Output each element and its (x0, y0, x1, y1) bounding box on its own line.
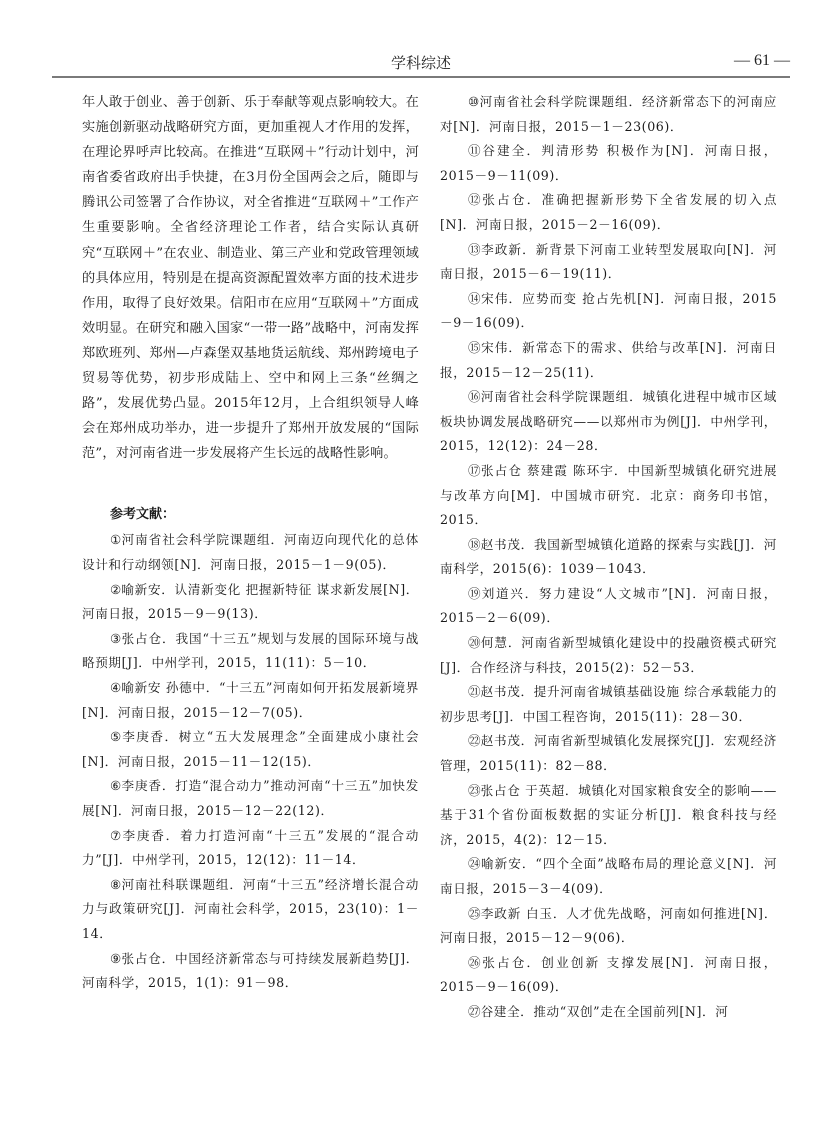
reference-number: ④ (110, 680, 121, 695)
references-heading: 参考文献： (82, 504, 419, 526)
reference-text: 李政新 白玉．人才优先战略，河南如何推进[N]．河南日报，2015－12－9(0… (440, 906, 777, 946)
reference-number: ⑮ (468, 340, 481, 355)
reference-text: 河南省社会科学院课题组．城镇化进程中城市区域板块协调发展战略研究——以郑州市为例… (440, 389, 777, 453)
reference-number: ⑨ (110, 951, 121, 966)
reference-item: ④喻新安 孙德中．“十三五”河南如何开拓发展新境界[N]．河南日报，2015－1… (82, 676, 419, 725)
reference-item: ⑪谷建全．判清形势 积极作为[N]．河南日报，2015－9－11(09)． (440, 139, 777, 188)
reference-number: ㉖ (468, 955, 482, 970)
running-header: 学科综述 — 61 — (52, 48, 790, 74)
reference-item: ⑬李政新．新背景下河南工业转型发展取向[N]．河南日报，2015－6－19(11… (440, 238, 777, 287)
reference-text: 张占仓．我国“十三五”规划与发展的国际环境与战略预期[J]．中州学刊，2015，… (82, 631, 419, 671)
reference-item: ②喻新安．认清新变化 把握新特征 谋求新发展[N]．河南日报，2015－9－9(… (82, 578, 419, 627)
header-divider (52, 76, 790, 78)
reference-text: 谷建全．判清形势 积极作为[N]．河南日报，2015－9－11(09)． (440, 143, 777, 183)
reference-number: ⑩ (468, 94, 480, 109)
reference-item: ㉕李政新 白玉．人才优先战略，河南如何推进[N]．河南日报，2015－12－9(… (440, 902, 777, 951)
reference-number: ③ (110, 631, 122, 646)
reference-number: ⑰ (468, 463, 481, 478)
reference-text: 李政新．新背景下河南工业转型发展取向[N]．河南日报，2015－6－19(11)… (440, 242, 777, 282)
reference-item: ⑮宋伟．新常态下的需求、供给与改革[N]．河南日报，2015－12－25(11)… (440, 336, 777, 385)
reference-item: ⑧河南社科联课题组．河南“十三五”经济增长混合动力与政策研究[J]．河南社会科学… (82, 873, 419, 947)
reference-text: 李庚香．树立“五大发展理念”全面建成小康社会[N]．河南日报，2015－11－1… (82, 729, 419, 769)
reference-number: ⑧ (110, 877, 122, 892)
reference-item: ⑱赵书茂．我国新型城镇化道路的探索与实践[J]．河南科学，2015(6)：103… (440, 533, 777, 582)
reference-number: ① (110, 532, 122, 547)
reference-item: ⑭宋伟．应势而变 抢占先机[N]．河南日报，2015－9－16(09)． (440, 287, 777, 336)
reference-number: ⑦ (110, 828, 122, 843)
reference-item: ㉓张占仓 于英超．城镇化对国家粮食安全的影响——基于31个省份面板数据的实证分析… (440, 779, 777, 853)
reference-number: ㉓ (468, 783, 481, 798)
reference-item: ⑫张占仓．准确把握新形势下全省发展的切入点[N]．河南日报，2015－2－16(… (440, 188, 777, 237)
reference-number: ㉑ (468, 684, 481, 699)
reference-number: ⑭ (468, 291, 481, 306)
reference-number: ⑫ (468, 192, 482, 207)
page-number: — 61 — (734, 52, 790, 70)
reference-text: 李庚香．打造“混合动力”推动河南“十三五”加快发展[N]．河南日报，2015－1… (82, 778, 419, 818)
reference-text: 张占仓 蔡建霞 陈环宇．中国新型城镇化研究进展与改革方向[M]．中国城市研究．北… (440, 463, 777, 527)
reference-number: ⑪ (468, 143, 482, 158)
reference-item: ⑳何慧．河南省新型城镇化建设中的投融资模式研究[J]．合作经济与科技，2015(… (440, 631, 777, 680)
reference-number: ② (110, 582, 121, 597)
reference-item: ⑩河南省社会科学院课题组．经济新常态下的河南应对[N]．河南日报，2015－1－… (440, 90, 777, 139)
reference-text: 河南省社会科学院课题组．经济新常态下的河南应对[N]．河南日报，2015－1－2… (440, 94, 777, 134)
reference-number: ㉒ (468, 733, 481, 748)
reference-text: 何慧．河南省新型城镇化建设中的投融资模式研究[J]．合作经济与科技，2015(2… (440, 635, 777, 675)
reference-item: ⑤李庚香．树立“五大发展理念”全面建成小康社会[N]．河南日报，2015－11－… (82, 725, 419, 774)
reference-text: 喻新安 孙德中．“十三五”河南如何开拓发展新境界[N]．河南日报，2015－12… (82, 680, 419, 720)
section-title: 学科综述 (52, 52, 790, 73)
reference-number: ⑬ (468, 242, 481, 257)
reference-text: 宋伟．新常态下的需求、供给与改革[N]．河南日报，2015－12－25(11)． (440, 340, 777, 380)
reference-item: ⑲刘道兴．努力建设“人文城市”[N]．河南日报，2015－2－6(09)． (440, 582, 777, 631)
reference-item: ㉗谷建全．推动“双创”走在全国前列[N]．河 (440, 1000, 777, 1025)
reference-text: 刘道兴．努力建设“人文城市”[N]．河南日报，2015－2－6(09)． (440, 586, 777, 626)
left-column: 年人敢于创业、善于创新、乐于奉献等观点影响较大。在实施创新驱动战略研究方面，更加… (82, 90, 419, 996)
reference-number: ㉔ (468, 856, 481, 871)
body-paragraph: 年人敢于创业、善于创新、乐于奉献等观点影响较大。在实施创新驱动战略研究方面，更加… (82, 90, 419, 466)
reference-text: 河南省社会科学院课题组．河南迈向现代化的总体设计和行动纲领[N]．河南日报，20… (82, 532, 419, 572)
reference-item: ⑥李庚香．打造“混合动力”推动河南“十三五”加快发展[N]．河南日报，2015－… (82, 774, 419, 823)
reference-item: ㉒赵书茂．河南省新型城镇化发展探究[J]．宏观经济管理，2015(11)：82－… (440, 729, 777, 778)
reference-text: 赵书茂．提升河南省城镇基础设施 综合承载能力的初步思考[J]．中国工程咨询，20… (440, 684, 777, 724)
reference-text: 赵书茂．河南省新型城镇化发展探究[J]．宏观经济管理，2015(11)：82－8… (440, 733, 777, 773)
reference-number: ⑲ (468, 586, 482, 601)
reference-text: 张占仓．准确把握新形势下全省发展的切入点[N]．河南日报，2015－2－16(0… (440, 192, 777, 232)
right-column: ⑩河南省社会科学院课题组．经济新常态下的河南应对[N]．河南日报，2015－1－… (440, 90, 777, 1025)
reference-list-right: ⑩河南省社会科学院课题组．经济新常态下的河南应对[N]．河南日报，2015－1－… (440, 90, 777, 1025)
reference-text: 喻新安．认清新变化 把握新特征 谋求新发展[N]．河南日报，2015－9－9(1… (82, 582, 419, 622)
reference-number: ⑯ (468, 389, 481, 404)
reference-item: ㉔喻新安．“四个全面”战略布局的理论意义[N]．河南日报，2015－3－4(09… (440, 852, 777, 901)
reference-text: 宋伟．应势而变 抢占先机[N]．河南日报，2015－9－16(09)． (440, 291, 777, 331)
reference-number: ⑳ (468, 635, 481, 650)
reference-text: 喻新安．“四个全面”战略布局的理论意义[N]．河南日报，2015－3－4(09)… (440, 856, 777, 896)
reference-text: 赵书茂．我国新型城镇化道路的探索与实践[J]．河南科学，2015(6)：1039… (440, 537, 777, 577)
reference-item: ⑨张占仓．中国经济新常态与可持续发展新趋势[J]．河南科学，2015，1(1)：… (82, 947, 419, 996)
reference-number: ㉗ (468, 1004, 481, 1019)
reference-number: ⑥ (110, 778, 122, 793)
reference-item: ⑯河南省社会科学院课题组．城镇化进程中城市区域板块协调发展战略研究——以郑州市为… (440, 385, 777, 459)
reference-number: ⑱ (468, 537, 481, 552)
reference-number: ⑤ (110, 729, 122, 744)
reference-item: ㉑赵书茂．提升河南省城镇基础设施 综合承载能力的初步思考[J]．中国工程咨询，2… (440, 680, 777, 729)
reference-number: ㉕ (468, 906, 481, 921)
reference-item: ⑰张占仓 蔡建霞 陈环宇．中国新型城镇化研究进展与改革方向[M]．中国城市研究．… (440, 459, 777, 533)
reference-item: ①河南省社会科学院课题组．河南迈向现代化的总体设计和行动纲领[N]．河南日报，2… (82, 528, 419, 577)
reference-text: 河南社科联课题组．河南“十三五”经济增长混合动力与政策研究[J]．河南社会科学，… (82, 877, 419, 941)
reference-text: 谷建全．推动“双创”走在全国前列[N]．河 (481, 1004, 729, 1019)
reference-text: 张占仓 于英超．城镇化对国家粮食安全的影响——基于31个省份面板数据的实证分析[… (440, 783, 777, 847)
reference-text: 张占仓．创业创新 支撑发展[N]．河南日报，2015－9－16(09)． (440, 955, 777, 995)
reference-item: ③张占仓．我国“十三五”规划与发展的国际环境与战略预期[J]．中州学刊，2015… (82, 627, 419, 676)
reference-item: ⑦李庚香．着力打造河南“十三五”发展的“混合动力”[J]．中州学刊，2015，1… (82, 824, 419, 873)
reference-list-left: ①河南省社会科学院课题组．河南迈向现代化的总体设计和行动纲领[N]．河南日报，2… (82, 528, 419, 995)
reference-text: 李庚香．着力打造河南“十三五”发展的“混合动力”[J]．中州学刊，2015，12… (82, 828, 419, 868)
reference-text: 张占仓．中国经济新常态与可持续发展新趋势[J]．河南科学，2015，1(1)：9… (82, 951, 419, 991)
reference-item: ㉖张占仓．创业创新 支撑发展[N]．河南日报，2015－9－16(09)． (440, 951, 777, 1000)
